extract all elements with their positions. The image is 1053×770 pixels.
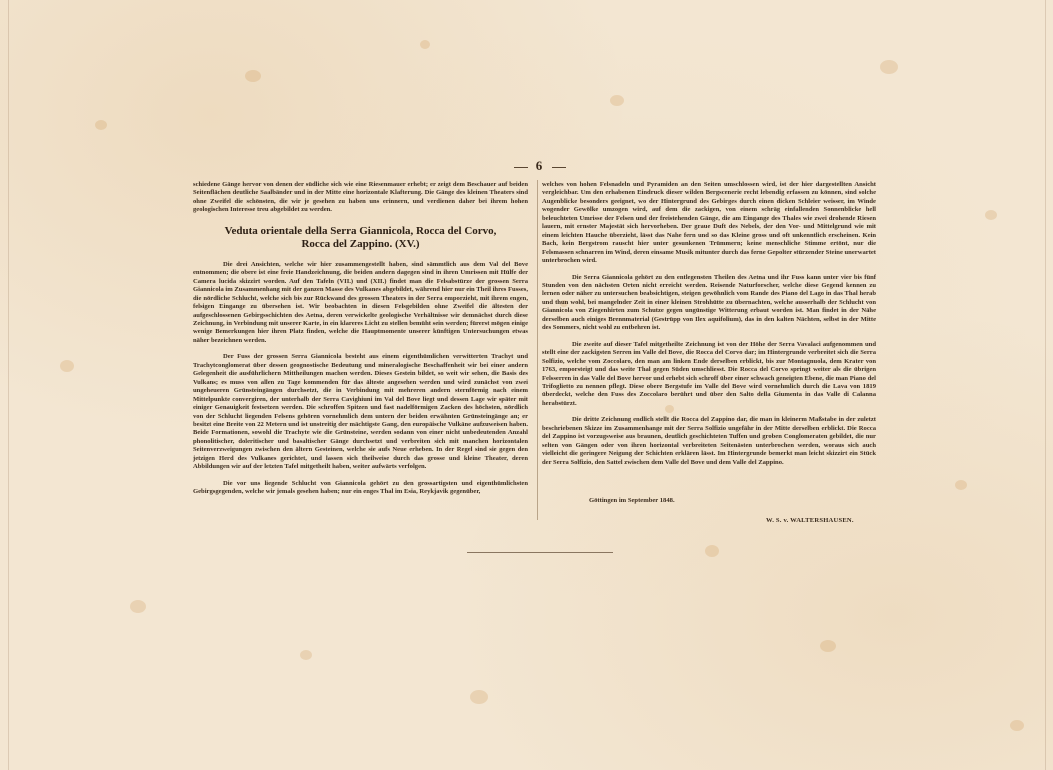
author-signature: W. S. v. WALTERSHAUSEN. bbox=[766, 517, 854, 524]
paper-stain bbox=[130, 600, 146, 613]
body-paragraph: Der Fuss der grossen Serra Giannicola be… bbox=[193, 353, 528, 471]
body-paragraph: Die drei Ansichten, welche wir hier zusa… bbox=[193, 261, 528, 346]
paper-stain bbox=[420, 40, 430, 49]
section-heading: Veduta orientale della Serra Giannicola,… bbox=[193, 225, 528, 251]
paper-stain bbox=[955, 480, 967, 490]
paper-stain bbox=[820, 640, 836, 652]
continued-paragraph: welches von hohen Felsnadeln und Pyramid… bbox=[542, 181, 876, 266]
body-paragraph: Die Serra Giannicola gehört zu den entle… bbox=[542, 274, 876, 333]
right-column: welches von hohen Felsnadeln und Pyramid… bbox=[542, 181, 876, 475]
place-date: Göttingen im September 1848. bbox=[589, 497, 675, 504]
page-edge bbox=[1045, 0, 1046, 770]
body-paragraph: Die zweite auf dieser Tafel mitgetheilte… bbox=[542, 341, 876, 409]
paper-stain bbox=[245, 70, 261, 82]
page-edge bbox=[8, 0, 9, 770]
paper-stain bbox=[705, 545, 719, 557]
paper-stain bbox=[60, 360, 74, 372]
body-paragraph: Die vor uns liegende Schlucht von Gianni… bbox=[193, 480, 528, 497]
page-number-value: 6 bbox=[536, 158, 545, 173]
left-column: schiedene Gänge hervor von denen der süd… bbox=[193, 181, 528, 505]
paper-stain bbox=[610, 95, 624, 106]
page-number: 6 bbox=[480, 158, 600, 174]
paper-stain bbox=[470, 690, 488, 704]
dash-ornament bbox=[552, 167, 566, 168]
column-divider bbox=[537, 180, 538, 520]
paper-stain bbox=[985, 210, 997, 220]
paper-stain bbox=[300, 650, 312, 660]
paper-stain bbox=[880, 60, 898, 74]
continued-paragraph: schiedene Gänge hervor von denen der süd… bbox=[193, 181, 528, 215]
paper-stain bbox=[95, 120, 107, 130]
dash-ornament bbox=[514, 167, 528, 168]
end-rule bbox=[467, 552, 613, 553]
body-paragraph: Die dritte Zeichnung endlich stellt die … bbox=[542, 416, 876, 467]
paper-stain bbox=[1010, 720, 1024, 731]
